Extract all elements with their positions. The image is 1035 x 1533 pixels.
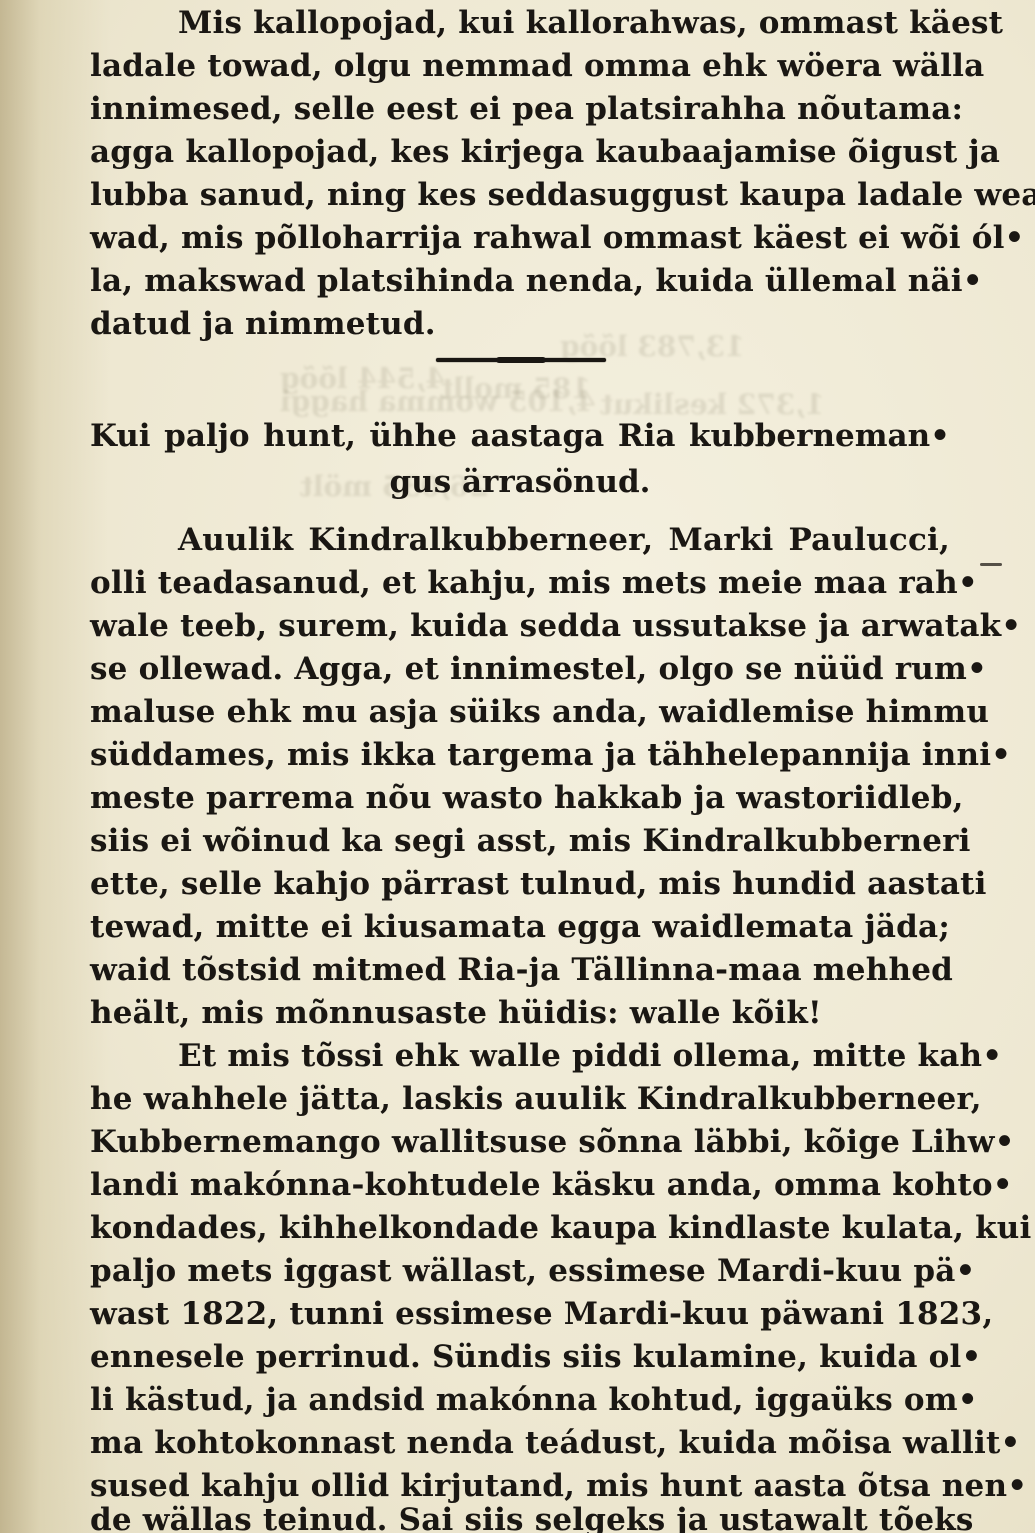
heading-line: Kui paljo hunt, ühhe aastaga Ria kubbern…: [90, 416, 950, 456]
text-line: paljo mets iggast wällast, essimese Mard…: [90, 1251, 950, 1291]
text-line: süddames, mis ikka targema ja tähhelepan…: [90, 735, 950, 775]
text-line: Kubbernemango wallitsuse sõnna läbbi, kõ…: [90, 1122, 950, 1162]
text-line: tewad, mitte ei kiusamata egga waidlemat…: [90, 907, 950, 947]
text-line: maluse ehk mu asja süiks anda, waidlemis…: [90, 692, 950, 732]
text-line: heält, mis mõnnusaste hüidis: walle kõik…: [90, 993, 950, 1033]
text-line: wast 1822, tunni essimese Mardi-kuu päwa…: [90, 1294, 950, 1334]
text-line: Mis kallopojad, kui kallorahwas, ommast …: [178, 3, 950, 43]
show-through-text: 4,105 womma haggi: [280, 385, 596, 418]
text-line: Auulik Kindralkubberneer, Marki Paulucci…: [178, 520, 950, 560]
text-line: agga kallopojad, kes kirjega kaubaajamis…: [90, 132, 950, 172]
text-line: ennesele perrinud. Sündis siis kulamine,…: [90, 1337, 950, 1377]
text-line: Et mis tõssi ehk walle piddi ollema, mit…: [178, 1036, 950, 1076]
text-line: innimesed, selle eest ei pea platsirahha…: [90, 89, 950, 129]
text-line: datud ja nimmetud.: [90, 304, 950, 344]
heading-line: gus ärrasönud.: [90, 462, 950, 502]
text-line: olli teadasanud, et kahju, mis mets meie…: [90, 563, 950, 603]
text-line: li kästud, ja andsid makónna kohtud, igg…: [90, 1380, 950, 1420]
text-line: se ollewad. Agga, et innimestel, olgo se…: [90, 649, 950, 689]
scanned-book-page: 13,783 lõõg 185 mollt 4,544 lõõg 4,105 w…: [0, 0, 1035, 1533]
margin-ink-mark: [980, 563, 1002, 566]
text-line: ette, selle kahjo pärrast tulnud, mis hu…: [90, 864, 950, 904]
text-line: meste parrema nõu wasto hakkab ja wastor…: [90, 778, 950, 818]
text-line: siis ei wõinud ka segi asst, mis Kindral…: [90, 821, 950, 861]
text-line: waid tõstsid mitmed Ria-ja Tällinna-maa …: [90, 950, 950, 990]
text-line: la, makswad platsihinda nenda, kuida üll…: [90, 261, 950, 301]
text-line: de wällas teinud. Sai siis selgeks ja us…: [90, 1500, 950, 1533]
text-line: ladale towad, olgu nemmad omma ehk wöera…: [90, 46, 950, 86]
text-line: wad, mis põlloharrija rahwal ommast käes…: [90, 218, 950, 258]
text-line: wale teeb, surem, kuida sedda ussutakse …: [90, 606, 950, 646]
text-line: ma kohtokonnast nenda teádust, kuida mõi…: [90, 1423, 950, 1463]
text-line: lubba sanud, ning kes seddasuggust kaupa…: [90, 175, 950, 215]
text-line: kondades, kihhelkondade kaupa kindlaste …: [90, 1208, 950, 1248]
text-line: landi makónna-kohtudele käsku anda, omma…: [90, 1165, 950, 1205]
text-line: he wahhele jätta, laskis auulik Kindralk…: [90, 1079, 950, 1119]
section-divider-rule: [436, 358, 606, 362]
